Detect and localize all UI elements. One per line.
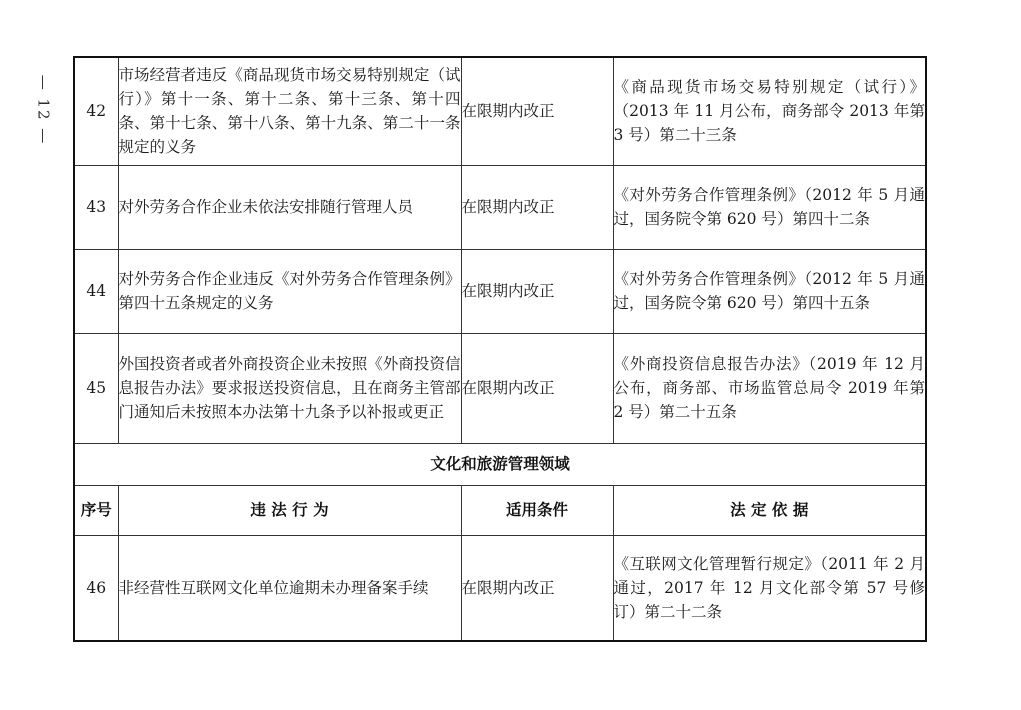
row-45-basis: 《外商投资信息报告办法》（2019 年 12 月公布，商务部、市场监管总局令 2…: [613, 333, 926, 443]
row-44-condition: 在限期内改正: [461, 249, 613, 333]
row-46-basis: 《互联网文化管理暂行规定》（2011 年 2 月通过，2017 年 12 月文化…: [613, 535, 926, 641]
row-44-violation: 对外劳务合作企业违反《对外劳务合作管理条例》第四十五条规定的义务: [118, 249, 461, 333]
row-43-violation: 对外劳务合作企业未依法安排随行管理人员: [118, 165, 461, 249]
row-46-condition: 在限期内改正: [461, 535, 613, 641]
row-46-number: 46: [74, 535, 118, 641]
section-header-row: 文化和旅游管理领域: [74, 443, 926, 485]
row-45-condition: 在限期内改正: [461, 333, 613, 443]
row-46-violation: 非经营性互联网文化单位逾期未办理备案手续: [118, 535, 461, 641]
row-45-number: 45: [74, 333, 118, 443]
col-header-basis: 法 定 依 据: [613, 485, 926, 535]
table-row: 42 市场经营者违反《商品现货市场交易特别规定（试行）》第十一条、第十二条、第十…: [74, 57, 926, 165]
table-row: 44 对外劳务合作企业违反《对外劳务合作管理条例》第四十五条规定的义务 在限期内…: [74, 249, 926, 333]
table-row: 46 非经营性互联网文化单位逾期未办理备案手续 在限期内改正 《互联网文化管理暂…: [74, 535, 926, 641]
row-42-condition: 在限期内改正: [461, 57, 613, 165]
row-42-violation: 市场经营者违反《商品现货市场交易特别规定（试行）》第十一条、第十二条、第十三条、…: [118, 57, 461, 165]
row-42-basis: 《商品现货市场交易特别规定（试行）》（2013 年 11 月公布，商务部令 20…: [613, 57, 926, 165]
row-42-number: 42: [74, 57, 118, 165]
row-43-basis: 《对外劳务合作管理条例》（2012 年 5 月通过，国务院令第 620 号）第四…: [613, 165, 926, 249]
row-44-basis: 《对外劳务合作管理条例》（2012 年 5 月通过，国务院令第 620 号）第四…: [613, 249, 926, 333]
regulation-table: 42 市场经营者违反《商品现货市场交易特别规定（试行）》第十一条、第十二条、第十…: [73, 56, 927, 642]
col-header-violation: 违 法 行 为: [118, 485, 461, 535]
col-header-no: 序号: [74, 485, 118, 535]
row-43-condition: 在限期内改正: [461, 165, 613, 249]
table-row: 43 对外劳务合作企业未依法安排随行管理人员 在限期内改正 《对外劳务合作管理条…: [74, 165, 926, 249]
row-44-number: 44: [74, 249, 118, 333]
row-43-number: 43: [74, 165, 118, 249]
col-header-condition: 适用条件: [461, 485, 613, 535]
section-header: 文化和旅游管理领域: [74, 443, 926, 485]
page-number-label: — 12 —: [34, 75, 52, 146]
table-row: 45 外国投资者或者外商投资企业未按照《外商投资信息报告办法》要求报送投资信息，…: [74, 333, 926, 443]
row-45-violation: 外国投资者或者外商投资企业未按照《外商投资信息报告办法》要求报送投资信息，且在商…: [118, 333, 461, 443]
column-header-row: 序号 违 法 行 为 适用条件 法 定 依 据: [74, 485, 926, 535]
